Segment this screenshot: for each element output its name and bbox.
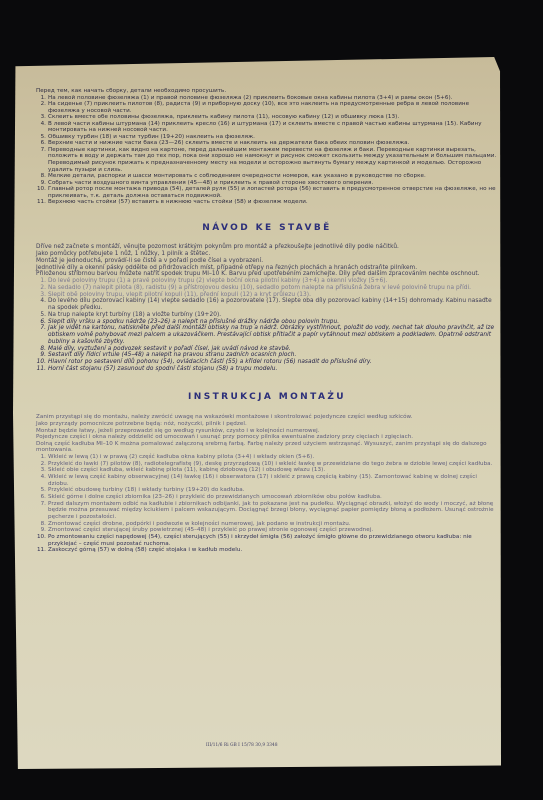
instruction-step: 4.В левой части кабины штурмана (14) при… [36,121,498,134]
step-number: 4. [36,298,46,305]
russian-instructions: Перед тем, как начать сборку, детали нео… [36,88,498,206]
step-text: Склеить вместе обе половины фюзеляжа, пр… [48,114,399,120]
step-text: Przykleić obudowę turbiny (18) i wkłady … [48,487,245,493]
step-number: 11. [36,199,46,206]
step-number: 3. [36,467,46,474]
step-number: 4. [36,474,46,481]
intro-paragraph: Montáž je jednoduchá, provádí-li se čist… [36,258,498,265]
step-text: Главный ротор после монтажа привода (54)… [48,186,496,199]
step-number: 10. [36,186,46,193]
step-text: Собрать части воздушного винта управлени… [48,180,373,186]
instruction-step: 4.Wkleić w lewą część kabiny obserwacyjn… [36,474,498,487]
instruction-step: 10.Hlavní rotor po sestavení dílů pohonu… [36,359,498,366]
instruction-step: 10.Po zmontowaniu części napędowej (54),… [36,534,498,547]
step-text: Jak je vidět na kartonu, natiskněte před… [48,325,494,345]
step-text: На сиденье (7) приклеить пилотов (8), ра… [48,101,469,114]
step-text: Do levého dílu pozorovací kabiny (14) vl… [48,298,492,311]
instruction-step: 4.Do levého dílu pozorovací kabiny (14) … [36,298,498,312]
document-content: Перед тем, как начать сборку, детали нео… [36,88,498,554]
instruction-step: 6.Skleić górne i dolne części zbiornika … [36,494,498,501]
step-number: 7. [36,501,46,508]
instruction-step: 10.Главный ротор после монтажа привода (… [36,186,498,199]
step-text: Обшивку турбин (18) и части турбин (19+2… [48,134,255,140]
instruction-step: 1.Do levé poloviny trupu (1) a pravé pol… [36,278,498,285]
step-text: Zaskoczyć górną (57) w dolną (58) część … [48,547,242,553]
step-number: 9. [36,527,46,534]
step-text: Zmontować części drobne, podpórki i podw… [48,521,351,527]
step-number: 10. [36,359,46,366]
intro-paragraph: Zanim przystąpi się do montażu, należy z… [36,414,498,421]
step-text: Malé díly, vyztužení a podvozek sestavit… [48,346,291,352]
instruction-step: 7.Jak je vidět na kartonu, natiskněte př… [36,325,498,345]
step-number: 2. [36,461,46,468]
step-text: Po zmontowaniu części napędowej (54), cz… [48,534,472,547]
russian-steps: 1.На левой половине фюзеляжа (1) и право… [36,95,498,206]
instruction-step: 5.Na trup nalepte kryt turbíny (18) a vl… [36,312,498,319]
step-text: Skleić górne i dolne części zbiornika (2… [48,494,382,500]
instruction-step: 1.Wkleić w lewą (1) i w prawą (2) część … [36,454,498,461]
step-number: 7. [36,147,46,154]
step-text: Na sedadlo (7) nalepit pilota (8), radis… [48,285,471,291]
step-text: Верхнюю часть стойки (57) вставить в ниж… [48,199,308,205]
instruction-step: 11.Horní část stojanu (57) zasunout do s… [36,366,498,373]
step-text: Przed dalszym montażem odbić na kadłubie… [48,501,494,520]
step-number: 9. [36,352,46,359]
step-text: Na trup nalepte kryt turbíny (18) a vlož… [48,312,221,318]
instruction-step: 7.Переводные картинки, как видно на карт… [36,147,498,173]
polish-steps: 1.Wkleić w lewą (1) i w prawą (2) część … [36,454,498,554]
step-number: 8. [36,521,46,528]
step-text: Wkleić w lewą część kabiny obserwacyjnej… [48,474,477,487]
step-number: 11. [36,547,46,554]
step-number: 6. [36,319,46,326]
polish-heading: INSTRUKCJA MONTAŻU [36,394,498,401]
czech-instructions: Dříve než začnete s montáží, věnujte poz… [36,244,498,372]
step-text: Мелкие детали, распорки и шасси монтиров… [48,173,426,179]
step-number: 10. [36,534,46,541]
step-text: Horní část stojanu (57) zasunout do spod… [48,366,277,372]
step-text: Sestavit díly řídicí vrtule (45–48) a na… [48,352,296,358]
step-number: 2. [36,285,46,292]
step-text: Wkleić w lewą (1) i w prawą (2) część ka… [48,454,314,460]
instruction-step: 11.Zaskoczyć górną (57) w dolną (58) czę… [36,547,498,554]
step-text: В левой части кабины штурмана (14) прикл… [48,121,482,134]
step-number: 11. [36,366,46,373]
step-number: 6. [36,494,46,501]
step-number: 5. [36,487,46,494]
step-number: 3. [36,292,46,299]
instruction-step: 2.Na sedadlo (7) nalepit pilota (8), rad… [36,285,498,292]
instruction-step: 7.Przed dalszym montażem odbić na kadłub… [36,501,498,521]
step-text: Skleić obie części kadłuba, wkleić kabin… [48,467,325,473]
czech-heading: NÁVOD KE STAVBĚ [36,225,498,232]
step-text: Переводные картинки, как видно на картон… [48,147,496,173]
intro-paragraph: Pojedyncze części i okna należy oddzieli… [36,434,498,441]
czech-steps: 1.Do levé poloviny trupu (1) a pravé pol… [36,278,498,373]
intro-paragraph: Jako pomůcky potřebujete 1 nůž, 1 nůžky,… [36,251,498,258]
step-text: Zmontować części sterującej śruby powiet… [48,527,373,533]
polish-intro: Zanim przystąpi się do montażu, należy z… [36,414,498,454]
instruction-step: 9.Zmontować części sterującej śruby powi… [36,527,498,534]
step-number: 7. [36,325,46,332]
print-code: III/11/6 Ri GB I 15/78 30,9 3348 [206,742,278,747]
polish-instructions: Zanim przystąpi się do montażu, należy z… [36,414,498,554]
step-text: Slepit obě poloviny trupu, vlepit pilotn… [48,292,311,298]
instruction-step: 2.На сиденье (7) приклеить пилотов (8), … [36,101,498,114]
step-text: Hlavní rotor po sestavení dílů pohonu (5… [48,359,372,365]
intro-paragraph: Jako przyrządy pomocnicze potrzebne będą… [36,421,498,428]
step-number: 4. [36,121,46,128]
step-text: На левой половине фюзеляжа (1) и правой … [48,95,453,101]
step-number: 8. [36,346,46,353]
step-text: Slepit díly vršku a spodku nádrže (23–26… [48,319,339,325]
step-text: Верхние части и нижние части бака (23—26… [48,140,409,146]
instruction-step: 11.Верхнюю часть стойки (57) вставить в … [36,199,498,206]
step-number: 2. [36,101,46,108]
step-text: Do levé poloviny trupu (1) a pravé polov… [48,278,387,284]
czech-intro: Dříve než začnete s montáží, věnujte poz… [36,244,498,278]
step-number: 1. [36,278,46,285]
intro-paragraph: Dolną część kadłuba MI–10 K można pomalo… [36,441,498,454]
step-number: 1. [36,454,46,461]
step-text: Przykleić do ławki (7) pilotów (8), radi… [48,461,492,467]
step-number: 5. [36,312,46,319]
